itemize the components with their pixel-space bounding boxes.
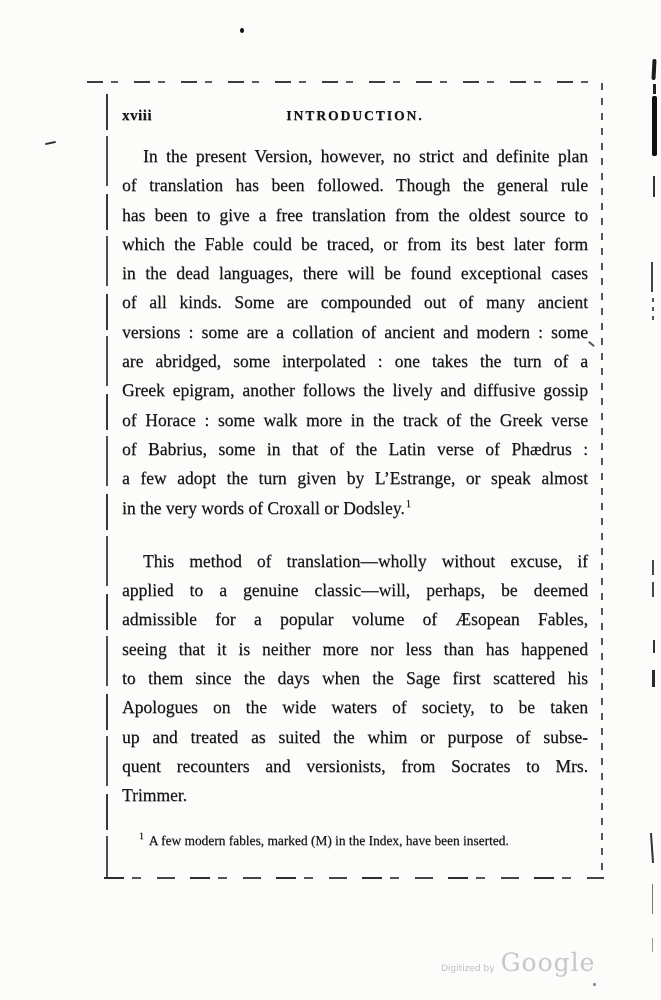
page-edge-mark <box>652 298 654 325</box>
page-edge-mark <box>653 640 655 653</box>
text-line: which the Fable could be traced, or from… <box>122 230 588 259</box>
text-line: applied to a genuine classic—will, perha… <box>122 576 588 605</box>
text-line: up and treated as suited the whim or pur… <box>122 723 588 752</box>
page-edge-mark <box>653 84 656 94</box>
page-border-bottom <box>104 877 604 879</box>
google-logo: Google <box>501 948 596 977</box>
page-border-left <box>106 94 108 879</box>
page-border-right <box>601 83 603 879</box>
scan-speck <box>240 28 244 33</box>
paragraph-2: This method of translation—wholly withou… <box>122 547 588 811</box>
text-line: seeing that it is neither more nor less … <box>122 635 588 664</box>
footnote-reference: 1 <box>406 499 411 510</box>
text-line: to them since the days when the Sage fir… <box>122 664 588 693</box>
digitized-by-google-watermark: Digitized by Google <box>441 948 595 977</box>
text-line: Apologues on the wide waters of society,… <box>122 693 588 722</box>
text-line: versions : some are a collation of ancie… <box>122 318 588 347</box>
footnote-marker: 1 <box>139 832 144 842</box>
page-edge-mark <box>653 176 655 197</box>
paragraph-1: In the present Version, however, no stri… <box>122 142 588 523</box>
page-edge-mark <box>652 560 654 604</box>
text-line: in the dead languages, there will be fou… <box>122 259 588 288</box>
page-border-top <box>87 81 603 83</box>
text-line: of Babrius, some in that of the Latin ve… <box>122 435 588 464</box>
footnote: 1A few modern fables, marked (M) in the … <box>122 832 588 850</box>
page-edge-mark <box>652 670 655 687</box>
page-edge-mark <box>651 262 653 292</box>
text-line: admissible for a popular volume of Æsope… <box>122 605 588 634</box>
digitized-by-label: Digitized by <box>441 964 495 974</box>
text-line: of translation has been followed. Though… <box>122 171 588 200</box>
text-line: are abridged, some interpolated : one ta… <box>122 347 588 376</box>
text-line: This method of translation—wholly withou… <box>122 547 588 576</box>
page-edge-mark <box>652 938 653 952</box>
text-line: of Horace : some walk more in the track … <box>122 406 588 435</box>
text-line: of all kinds. Some are compounded out of… <box>122 288 588 317</box>
page-header: xviii INTRODUCTION. <box>122 104 588 128</box>
text-line: a few adopt the turn given by L’Estrange… <box>122 464 588 493</box>
text-line: quent recounters and versionists, from S… <box>122 752 588 781</box>
text-line-content: in the very words of Croxall or Dodsley. <box>122 498 405 518</box>
page-edge-mark <box>652 96 657 156</box>
scan-mark <box>45 141 56 145</box>
scan-speck <box>593 983 596 986</box>
text-line: Trimmer. <box>122 781 588 810</box>
text-line: In the present Version, however, no stri… <box>122 142 588 171</box>
text-line: Greek epigram, another follows the livel… <box>122 376 588 405</box>
scan-mark <box>588 341 595 347</box>
page-edge-mark <box>652 884 653 914</box>
page-edge-mark <box>651 59 656 80</box>
footnote-text: A few modern fables, marked (M) in the I… <box>149 833 509 848</box>
page-edge-mark <box>650 833 654 863</box>
text-line: in the very words of Croxall or Dodsley.… <box>122 494 588 523</box>
text-line: has been to give a free translation from… <box>122 201 588 230</box>
running-title: INTRODUCTION. <box>122 108 588 124</box>
page-text-block: xviii INTRODUCTION. In the present Versi… <box>122 104 588 850</box>
